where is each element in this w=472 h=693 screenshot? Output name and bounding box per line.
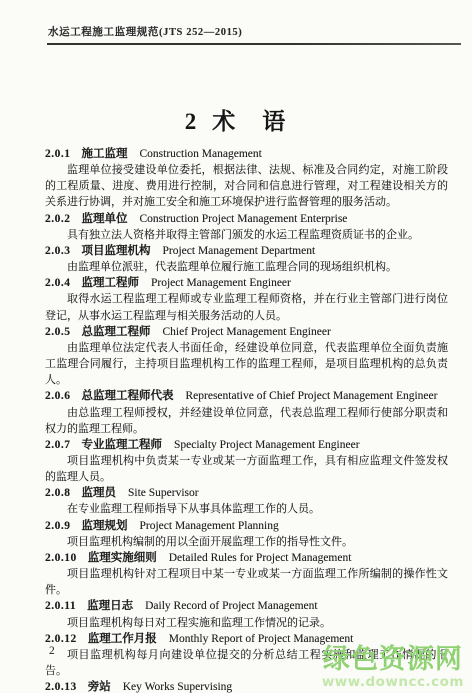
- watermark-text: 绿色资源网: [322, 646, 464, 674]
- chapter-title: 2术 语: [0, 103, 472, 136]
- term-name-english: Key Works Supervising: [123, 681, 232, 693]
- term-entry: 2.0.6总监理工程师代表Representative of Chief Pro…: [45, 388, 448, 436]
- term-entry: 2.0.8监理员Site Supervisor 在专业监理工程师指导下从事具体监…: [45, 485, 448, 517]
- term-entry: 2.0.1施工监理Construction Management 监理单位接受建…: [45, 146, 448, 211]
- term-name-english: Daily Record of Project Management: [145, 600, 317, 612]
- term-name-chinese: 监理工作月报: [88, 633, 157, 645]
- term-definition: 项目监理机构针对工程项目中某一专业或某一方面监理工作所编制的操作性文件。: [45, 566, 448, 598]
- term-name-english: Monthly Report of Project Management: [169, 633, 354, 645]
- term-name-chinese: 监理单位: [82, 213, 128, 225]
- term-definition: 监理单位接受建设单位委托，根据法律、法规、标准及合同约定，对施工阶段的工程质量、…: [45, 162, 448, 210]
- term-name-english: Specialty Project Management Engineer: [174, 439, 360, 451]
- term-entry: 2.0.3项目监理机构Project Management Department…: [45, 243, 448, 275]
- term-heading: 2.0.3项目监理机构Project Management Department: [45, 243, 448, 259]
- term-heading: 2.0.2监理单位Construction Project Management…: [45, 211, 448, 227]
- term-name-chinese: 监理日志: [87, 600, 133, 612]
- term-definition: 由监理单位派驻，代表监理单位履行施工监理合同的现场组织机构。: [45, 259, 448, 275]
- term-heading: 2.0.6总监理工程师代表Representative of Chief Pro…: [45, 388, 448, 404]
- watermark: 绿色资源网 www.downcc.com: [322, 646, 464, 689]
- term-definition: 项目监理机构每日对工程实施和监理工作情况的记录。: [45, 615, 448, 631]
- term-entry: 2.0.4监理工程师Project Management Engineer 取得…: [45, 275, 448, 323]
- term-number: 2.0.6: [45, 390, 71, 402]
- term-heading: 2.0.7专业监理工程师Specialty Project Management…: [45, 437, 448, 453]
- term-name-chinese: 施工监理: [82, 148, 128, 160]
- term-definition: 项目监理机构编制的用以全面开展监理工作的指导性文件。: [45, 534, 448, 550]
- term-number: 2.0.2: [45, 213, 71, 225]
- term-entry: 2.0.2监理单位Construction Project Management…: [45, 211, 448, 243]
- term-definition: 在专业监理工程师指导下从事具体监理工作的人员。: [45, 501, 448, 517]
- term-number: 2.0.12: [45, 633, 77, 645]
- term-number: 2.0.3: [45, 245, 71, 257]
- term-heading: 2.0.5总监理工程师Chief Project Management Engi…: [45, 324, 448, 340]
- term-number: 2.0.5: [45, 326, 71, 338]
- term-name-chinese: 专业监理工程师: [82, 439, 163, 451]
- term-heading: 2.0.8监理员Site Supervisor: [45, 485, 448, 501]
- term-definition: 具有独立法人资格并取得主管部门颁发的水运工程监理资质证书的企业。: [45, 227, 448, 243]
- term-heading: 2.0.10监理实施细则Detailed Rules for Project M…: [45, 550, 448, 566]
- term-name-english: Project Management Department: [163, 245, 316, 257]
- term-definition: 项目监理机构中负责某一专业或某一方面监理工作，具有相应监理文件签发权的监理人员。: [45, 453, 448, 485]
- chapter-number: 2: [185, 109, 199, 134]
- term-name-english: Construction Project Management Enterpri…: [140, 213, 348, 225]
- term-name-chinese: 总监理工程师代表: [82, 390, 174, 402]
- term-entry: 2.0.11监理日志Daily Record of Project Manage…: [45, 598, 448, 630]
- term-name-english: Construction Management: [140, 148, 262, 160]
- term-entry: 2.0.5总监理工程师Chief Project Management Engi…: [45, 324, 448, 389]
- term-name-chinese: 监理实施细则: [88, 552, 157, 564]
- header-rule: [47, 43, 461, 45]
- term-heading: 2.0.9监理规划Project Management Planning: [45, 518, 448, 534]
- term-heading: 2.0.4监理工程师Project Management Engineer: [45, 275, 448, 291]
- term-name-chinese: 项目监理机构: [82, 245, 151, 257]
- term-name-english: Chief Project Management Engineer: [163, 326, 331, 338]
- term-name-chinese: 监理工程师: [82, 277, 140, 289]
- term-number: 2.0.13: [45, 681, 77, 693]
- term-number: 2.0.11: [45, 600, 76, 612]
- term-definition: 由监理单位法定代表人书面任命，经建设单位同意，代表监理单位全面负责施工监理合同履…: [45, 340, 448, 388]
- term-name-english: Project Management Planning: [140, 520, 279, 532]
- term-name-chinese: 监理规划: [82, 520, 128, 532]
- term-name-english: Project Management Engineer: [151, 277, 291, 289]
- term-name-chinese: 总监理工程师: [82, 326, 151, 338]
- term-heading: 2.0.11监理日志Daily Record of Project Manage…: [45, 598, 448, 614]
- term-name-chinese: 旁站: [88, 681, 111, 693]
- term-number: 2.0.4: [45, 277, 71, 289]
- term-number: 2.0.9: [45, 520, 71, 532]
- terms-list: 2.0.1施工监理Construction Management 监理单位接受建…: [45, 146, 448, 693]
- term-number: 2.0.8: [45, 487, 71, 499]
- watermark-url: www.downcc.com: [322, 675, 464, 689]
- document-page: 水运工程施工监理规范(JTS 252—2015) 2术 语 2.0.1施工监理C…: [0, 0, 472, 693]
- term-definition: 取得水运工程监理工程师或专业监理工程师资格，并在行业主管部门进行岗位登记，从事水…: [45, 291, 448, 323]
- term-number: 2.0.10: [45, 552, 77, 564]
- term-number: 2.0.1: [45, 148, 71, 160]
- term-name-english: Representative of Chief Project Manageme…: [186, 390, 438, 402]
- term-number: 2.0.7: [45, 439, 71, 451]
- term-entry: 2.0.10监理实施细则Detailed Rules for Project M…: [45, 550, 448, 598]
- term-entry: 2.0.7专业监理工程师Specialty Project Management…: [45, 437, 448, 485]
- running-header: 水运工程施工监理规范(JTS 252—2015): [48, 24, 242, 39]
- term-entry: 2.0.9监理规划Project Management Planning 项目监…: [45, 518, 448, 550]
- term-name-english: Detailed Rules for Project Management: [169, 552, 352, 564]
- term-name-chinese: 监理员: [82, 487, 117, 499]
- page-number: 2: [49, 645, 55, 657]
- term-heading: 2.0.1施工监理Construction Management: [45, 146, 448, 162]
- term-definition: 由总监理工程师授权，并经建设单位同意，代表总监理工程师行使部分职责和权力的监理工…: [45, 405, 448, 437]
- term-name-english: Site Supervisor: [128, 487, 199, 499]
- chapter-name: 术 语: [212, 109, 287, 134]
